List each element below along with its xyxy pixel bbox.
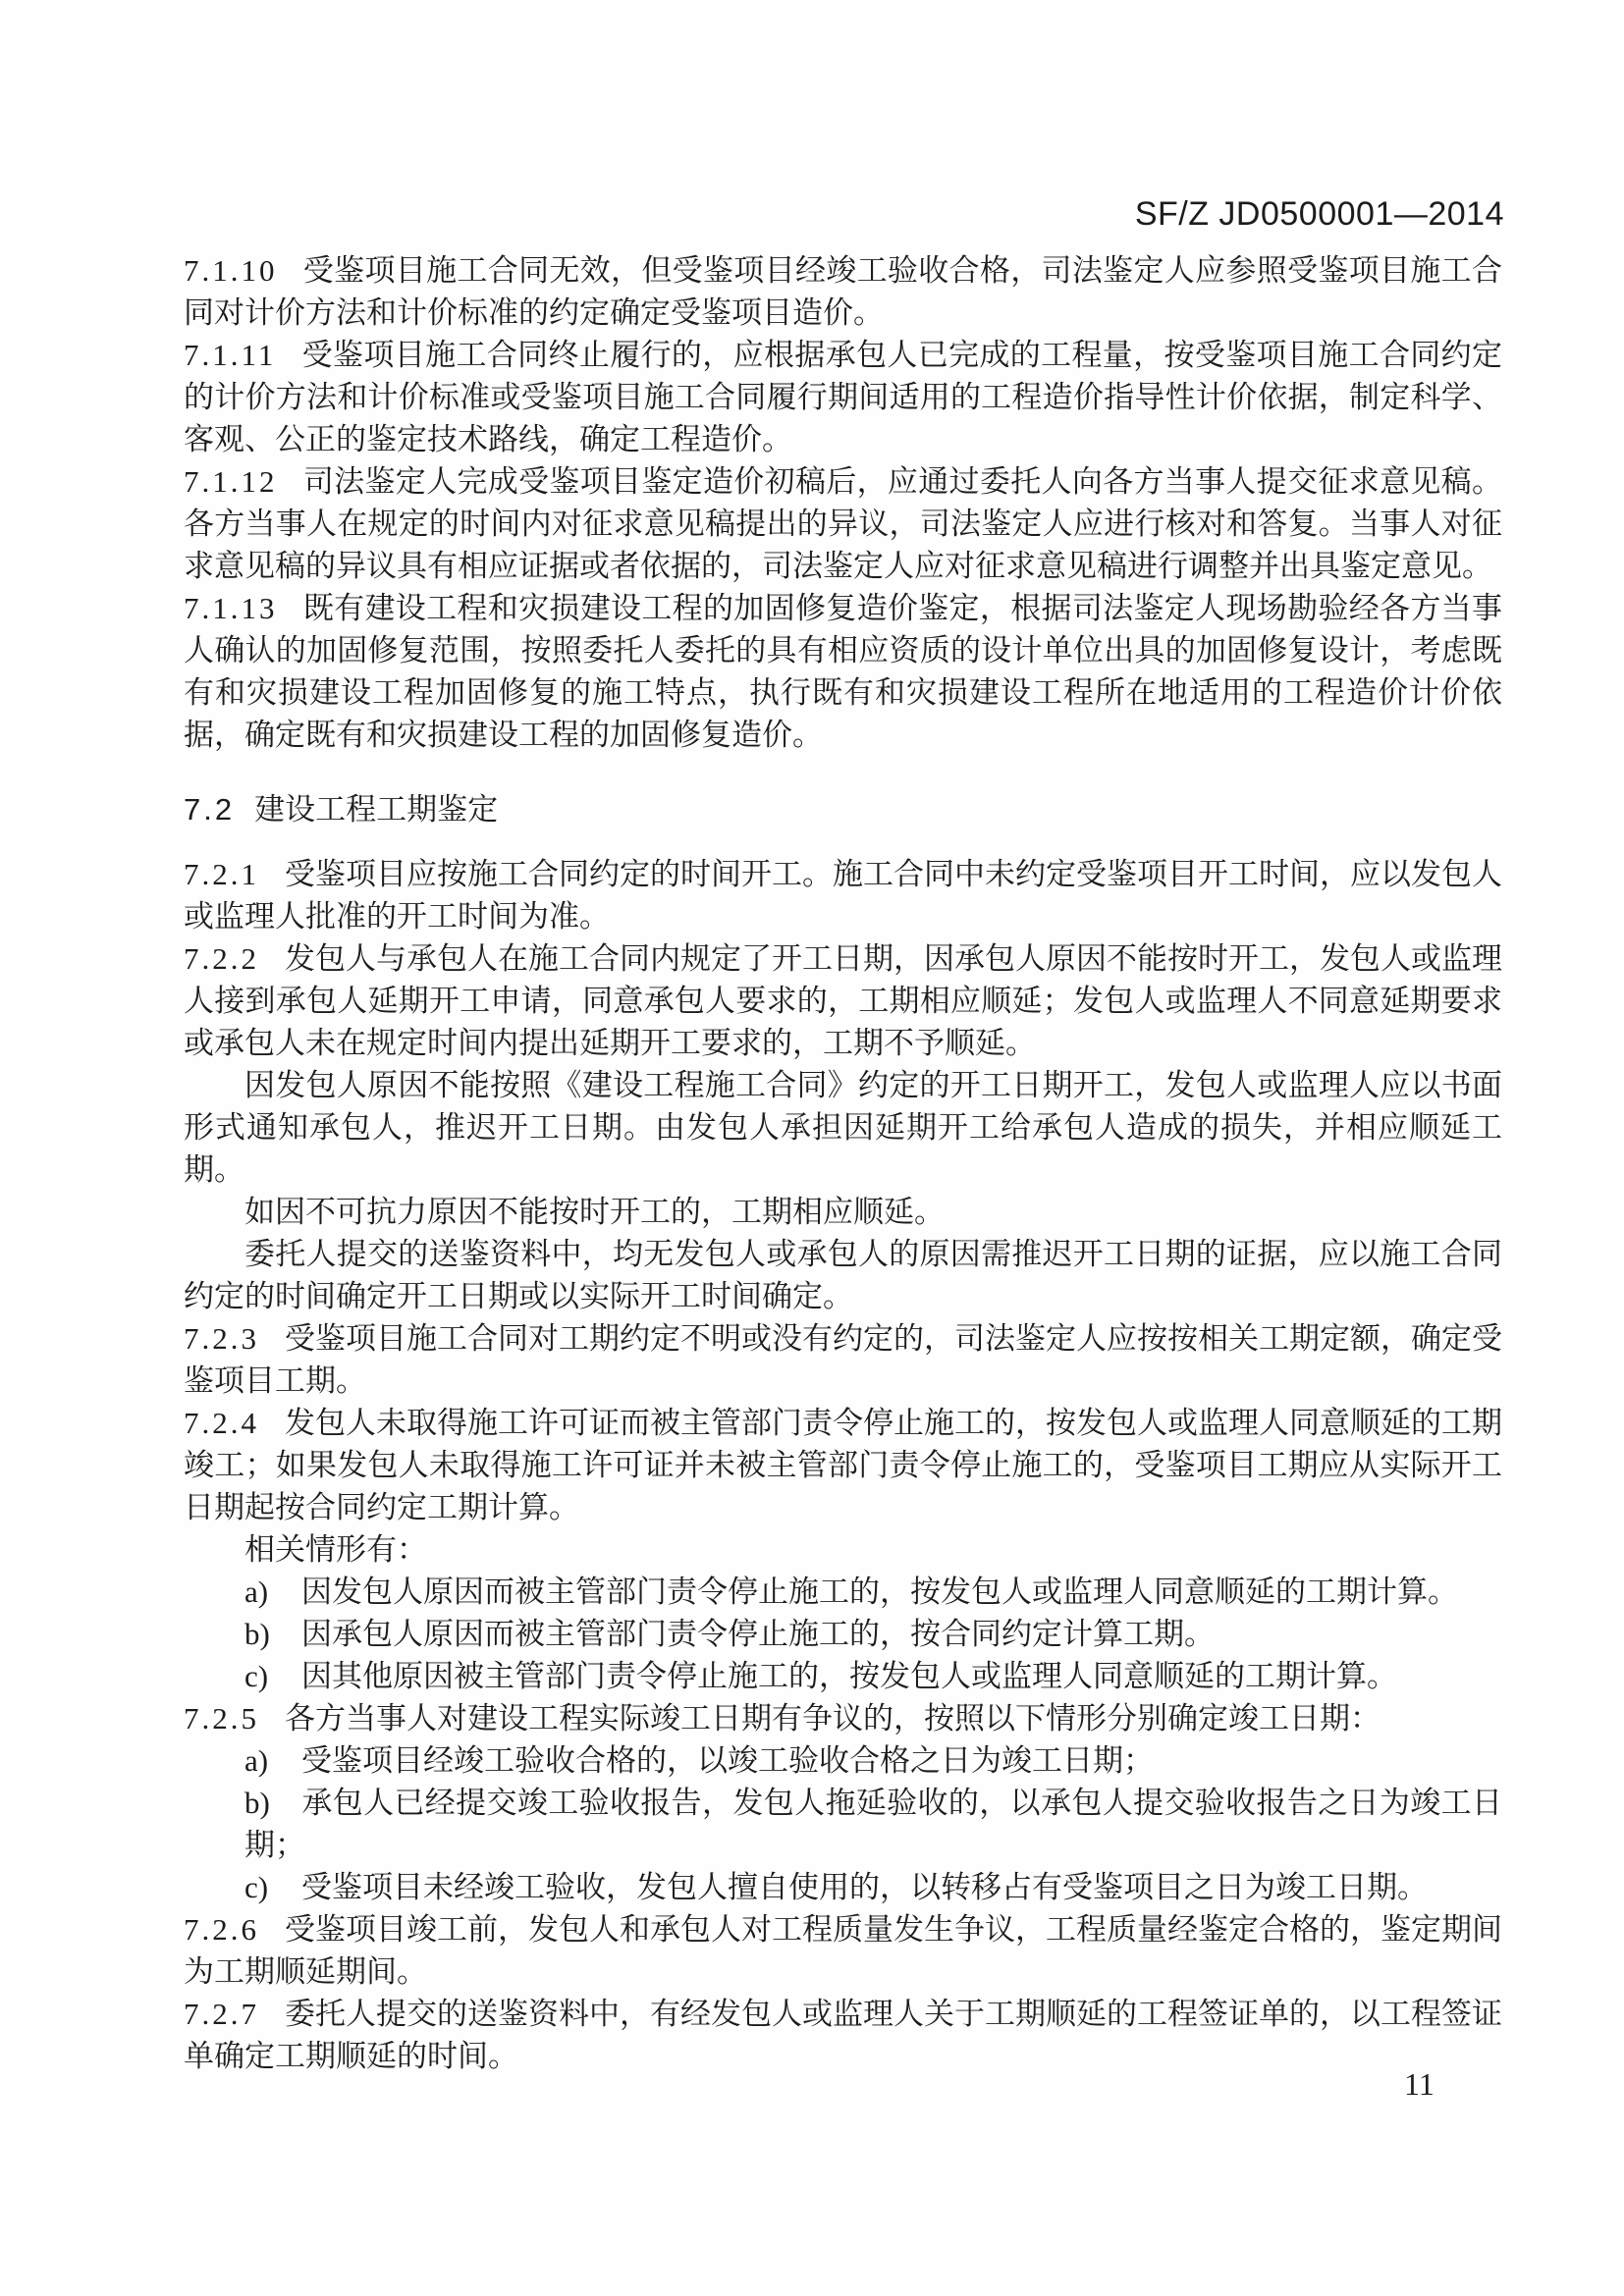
page-number: 11 [1404,2064,1435,2104]
clause-7-1-13: 7.1.13既有建设工程和灾损建设工程的加固修复造价鉴定，根据司法鉴定人现场勘验… [184,587,1502,756]
list-label: c) [244,1866,301,1908]
clause-text: 发包人未取得施工许可证而被主管部门责令停止施工的，按发包人或监理人同意顺延的工期… [184,1406,1502,1524]
clause-7-2-5: 7.2.5各方当事人对建设工程实际竣工日期有争议的，按照以下情形分别确定竣工日期… [184,1697,1502,1739]
clause-number: 7.2.7 [184,1997,259,2031]
list-text: 受鉴项目经竣工验收合格的，以竣工验收合格之日为竣工日期； [301,1743,1154,1778]
list-item-b: b)承包人已经提交竣工验收报告，发包人拖延验收的，以承包人提交验收报告之日为竣工… [184,1782,1502,1866]
clause-number: 7.1.12 [184,464,278,499]
clause-text: 受鉴项目施工合同终止履行的，应根据承包人已完成的工程量，按受鉴项目施工合同约定的… [184,338,1502,456]
clause-text: 既有建设工程和灾损建设工程的加固修复造价鉴定，根据司法鉴定人现场勘验经各方当事人… [184,591,1502,752]
clause-text: 发包人与承包人在施工合同内规定了开工日期，因承包人原因不能按时开工，发包人或监理… [184,941,1502,1060]
clause-7-1-12: 7.1.12司法鉴定人完成受鉴项目鉴定造价初稿后，应通过委托人向各方当事人提交征… [184,460,1502,587]
clause-7-2-3: 7.2.3受鉴项目施工合同对工期约定不明或没有约定的，司法鉴定人应按按相关工期定… [184,1317,1502,1402]
list-item-a: a)受鉴项目经竣工验收合格的，以竣工验收合格之日为竣工日期； [184,1739,1502,1782]
list-item-c: c)因其他原因被主管部门责令停止施工的，按发包人或监理人同意顺延的工期计算。 [184,1655,1502,1697]
document-body: 7.1.10受鉴项目施工合同无效，但受鉴项目经竣工验收合格，司法鉴定人应参照受鉴… [184,249,1502,2077]
list-text: 因承包人原因而被主管部门责令停止施工的，按合同约定计算工期。 [301,1617,1215,1651]
clause-7-2-1: 7.2.1受鉴项目应按施工合同约定的时间开工。施工合同中未约定受鉴项目开工时间，… [184,853,1502,937]
clause-text: 委托人提交的送鉴资料中，有经发包人或监理人关于工期顺延的工程签证单的，以工程签证… [184,1997,1502,2073]
clause-number: 7.2.3 [184,1321,259,1356]
clause-number: 7.1.13 [184,591,278,625]
clause-7-2-7: 7.2.7委托人提交的送鉴资料中，有经发包人或监理人关于工期顺延的工程签证单的，… [184,1993,1502,2077]
section-heading-7-2: 7.2建设工程工期鉴定 [184,788,1502,830]
list-item-c: c)受鉴项目未经竣工验收，发包人擅自使用的，以转移占有受鉴项目之日为竣工日期。 [184,1866,1502,1908]
paragraph-text: 委托人提交的送鉴资料中，均无发包人或承包人的原因需推迟开工日期的证据，应以施工合… [184,1237,1502,1313]
clause-text: 各方当事人对建设工程实际竣工日期有争议的，按照以下情形分别确定竣工日期： [285,1701,1380,1735]
clause-7-1-11: 7.1.11受鉴项目施工合同终止履行的，应根据承包人已完成的工程量，按受鉴项目施… [184,334,1502,460]
clause-text: 受鉴项目应按施工合同约定的时间开工。施工合同中未约定受鉴项目开工时间，应以发包人… [184,857,1502,934]
clause-number: 7.2.5 [184,1701,259,1735]
body-paragraph: 相关情形有： [184,1528,1502,1571]
clause-text: 受鉴项目施工合同对工期约定不明或没有约定的，司法鉴定人应按按相关工期定额，确定受… [184,1321,1502,1398]
clause-text: 受鉴项目竣工前，发包人和承包人对工程质量发生争议，工程质量经鉴定合格的，鉴定期间… [184,1912,1502,1989]
clause-text: 受鉴项目施工合同无效，但受鉴项目经竣工验收合格，司法鉴定人应参照受鉴项目施工合同… [184,253,1502,330]
clause-number: 7.2.4 [184,1406,259,1440]
clause-7-2-4: 7.2.4发包人未取得施工许可证而被主管部门责令停止施工的，按发包人或监理人同意… [184,1402,1502,1528]
list-label: b) [244,1613,301,1655]
section-number: 7.2 [184,792,235,827]
body-paragraph: 因发包人原因不能按照《建设工程施工合同》约定的开工日期开工，发包人或监理人应以书… [184,1064,1502,1191]
list-label: a) [244,1571,301,1613]
document-code: SF/Z JD0500001—2014 [1135,194,1504,234]
document-page: SF/Z JD0500001—2014 7.1.10受鉴项目施工合同无效，但受鉴… [0,0,1624,2296]
clause-text: 司法鉴定人完成受鉴项目鉴定造价初稿后，应通过委托人向各方当事人提交征求意见稿。各… [184,464,1502,583]
list-label: c) [244,1655,301,1697]
list-label: a) [244,1739,301,1782]
paragraph-text: 因发包人原因不能按照《建设工程施工合同》约定的开工日期开工，发包人或监理人应以书… [184,1068,1502,1187]
section-title: 建设工程工期鉴定 [254,792,498,827]
body-paragraph: 如因不可抗力原因不能按时开工的，工期相应顺延。 [184,1191,1502,1233]
clause-7-2-6: 7.2.6受鉴项目竣工前，发包人和承包人对工程质量发生争议，工程质量经鉴定合格的… [184,1908,1502,1993]
clause-7-2-2: 7.2.2发包人与承包人在施工合同内规定了开工日期，因承包人原因不能按时开工，发… [184,937,1502,1064]
list-text: 因其他原因被主管部门责令停止施工的，按发包人或监理人同意顺延的工期计算。 [301,1659,1397,1693]
clause-number: 7.1.10 [184,253,278,288]
list-item-b: b)因承包人原因而被主管部门责令停止施工的，按合同约定计算工期。 [184,1613,1502,1655]
list-text: 因发包人原因而被主管部门责令停止施工的，按发包人或监理人同意顺延的工期计算。 [301,1575,1458,1609]
clause-number: 7.2.6 [184,1912,259,1947]
list-text: 受鉴项目未经竣工验收，发包人擅自使用的，以转移占有受鉴项目之日为竣工日期。 [301,1870,1428,1904]
paragraph-text: 相关情形有： [244,1532,427,1567]
clause-7-1-10: 7.1.10受鉴项目施工合同无效，但受鉴项目经竣工验收合格，司法鉴定人应参照受鉴… [184,249,1502,334]
clause-number: 7.2.1 [184,857,259,891]
list-text: 承包人已经提交竣工验收报告，发包人拖延验收的，以承包人提交验收报告之日为竣工日期… [244,1786,1502,1862]
list-label: b) [244,1782,301,1824]
body-paragraph: 委托人提交的送鉴资料中，均无发包人或承包人的原因需推迟开工日期的证据，应以施工合… [184,1233,1502,1317]
paragraph-text: 如因不可抗力原因不能按时开工的，工期相应顺延。 [244,1195,945,1229]
clause-number: 7.2.2 [184,941,259,976]
clause-number: 7.1.11 [184,338,276,372]
list-item-a: a)因发包人原因而被主管部门责令停止施工的，按发包人或监理人同意顺延的工期计算。 [184,1571,1502,1613]
